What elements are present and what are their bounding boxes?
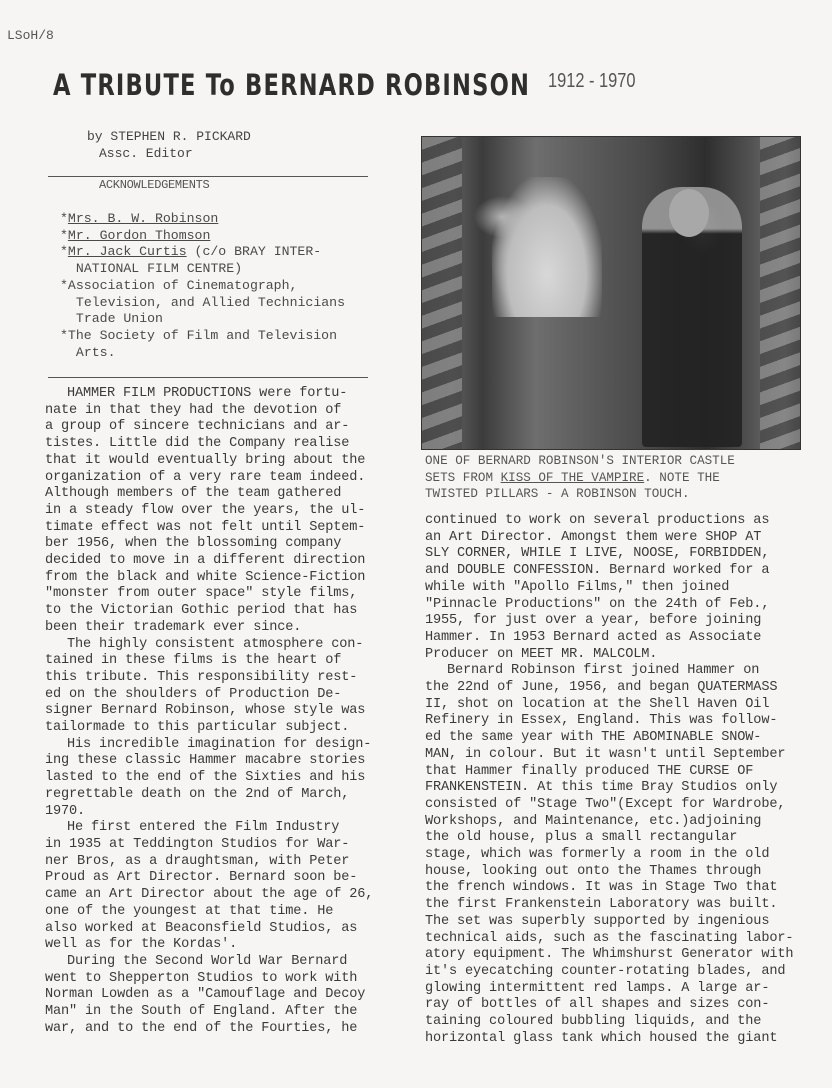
article-column-left: HAMMER FILM PRODUCTIONS were fortu-nate … <box>45 386 390 1037</box>
caption-line: TWISTED PILLARS - A ROBINSON TOUCH. <box>425 486 805 503</box>
acknowledgement-name: Mr. Gordon Thomson <box>68 228 210 243</box>
article-line: one of the youngest at that time. He <box>45 904 390 921</box>
article-line: and DOUBLE CONFESSION. Bernard worked fo… <box>425 563 805 580</box>
article-line: been their trademark ever since. <box>45 620 390 637</box>
article-line: that it would eventually bring about the <box>45 453 390 470</box>
figure-woman <box>492 177 602 317</box>
acknowledgement-name: Mr. Jack Curtis <box>68 244 187 259</box>
article-line: horizontal glass tank which housed the g… <box>425 1031 805 1048</box>
article-line: Workshops, and Maintenance, etc.)adjoini… <box>425 814 805 831</box>
article-line: from the black and white Science-Fiction <box>45 570 390 587</box>
figure-man-face <box>669 189 709 237</box>
article-line: the french windows. It was in Stage Two … <box>425 880 805 897</box>
article-line: Refinery in Essex, England. This was fol… <box>425 713 805 730</box>
article-line: that Hammer finally produced THE CURSE O… <box>425 764 805 781</box>
article-line: nate in that they had the devotion of <box>45 403 390 420</box>
article-line: this tribute. This responsibility rest- <box>45 670 390 687</box>
article-line: tailormade to this particular subject. <box>45 720 390 737</box>
byline: by STEPHEN R. PICKARD Assc. Editor <box>87 128 251 162</box>
divider-top <box>48 176 368 177</box>
article-line: continued to work on several productions… <box>425 513 805 530</box>
article-line: II, shot on location at the Shell Haven … <box>425 697 805 714</box>
article-line: SLY CORNER, WHILE I LIVE, NOOSE, FORBIDD… <box>425 546 805 563</box>
article-line: also worked at Beaconsfield Studios, as <box>45 921 390 938</box>
article-line: ed on the shoulders of Production De- <box>45 687 390 704</box>
article-line: war, and to the end of the Fourties, he <box>45 1021 390 1038</box>
caption-line: SETS FROM KISS OF THE VAMPIRE. NOTE THE <box>425 470 805 487</box>
acknowledgement-item: *Mr. Jack Curtis (c/o BRAY INTER- NATION… <box>60 244 380 277</box>
acknowledgements-list: *Mrs. B. W. Robinson*Mr. Gordon Thomson*… <box>60 211 380 361</box>
article-line: in 1935 at Teddington Studios for War- <box>45 837 390 854</box>
article-line: stage, which was formerly a room in the … <box>425 847 805 864</box>
article-line: while with "Apollo Films," then joined <box>425 580 805 597</box>
article-line: ber 1956, when the blossoming company <box>45 536 390 553</box>
article-line: Man" in the South of England. After the <box>45 1004 390 1021</box>
article-line: ner Bros, as a draughtsman, with Peter <box>45 854 390 871</box>
article-line: MAN, in colour. But it wasn't until Sept… <box>425 747 805 764</box>
divider-bottom <box>48 377 368 378</box>
article-line: ray of bottles of all shapes and sizes c… <box>425 997 805 1014</box>
acknowledgements-heading: ACKNOWLEDGEMENTS <box>99 178 209 192</box>
acknowledgement-item: *Mr. Gordon Thomson <box>60 228 380 245</box>
article-line: The highly consistent atmosphere con- <box>45 637 390 654</box>
article-title: A TRIBUTE To BERNARD ROBINSON <box>53 68 530 102</box>
article-line: technical aids, such as the fascinating … <box>425 931 805 948</box>
article-line: Norman Lowden as a "Camouflage and Decoy <box>45 987 390 1004</box>
article-line: Hammer. In 1953 Bernard acted as Associa… <box>425 630 805 647</box>
film-still-photo <box>421 136 801 450</box>
page-id: LSoH/8 <box>7 28 54 43</box>
acknowledgement-item: *Association of Cinematograph, Televisio… <box>60 278 380 328</box>
article-line: a group of sincere technicians and ar- <box>45 419 390 436</box>
caption-line: ONE OF BERNARD ROBINSON'S INTERIOR CASTL… <box>425 453 805 470</box>
acknowledgement-item: *Mrs. B. W. Robinson <box>60 211 380 228</box>
acknowledgement-name: Mrs. B. W. Robinson <box>68 211 218 226</box>
article-line: glowing intermittent red lamps. A large … <box>425 981 805 998</box>
article-line: FRANKENSTEIN. At this time Bray Studios … <box>425 780 805 797</box>
author-role: Assc. Editor <box>87 145 251 162</box>
article-line: His incredible imagination for design- <box>45 737 390 754</box>
article-line: lasted to the end of the Sixties and his <box>45 770 390 787</box>
article-line: Producer on MEET MR. MALCOLM. <box>425 647 805 664</box>
life-years: 1912 - 1970 <box>548 70 636 93</box>
article-line: the first Frankenstein Laboratory was bu… <box>425 897 805 914</box>
article-line: The set was superbly supported by ingeni… <box>425 914 805 931</box>
article-line: came an Art Director about the age of 26… <box>45 887 390 904</box>
article-line: signer Bernard Robinson, whose style was <box>45 703 390 720</box>
article-line: He first entered the Film Industry <box>45 820 390 837</box>
article-line: the 22nd of June, 1956, and began QUATER… <box>425 680 805 697</box>
author: by STEPHEN R. PICKARD <box>87 128 251 145</box>
article-line: regrettable death on the 2nd of March, <box>45 787 390 804</box>
article-line: "Pinnacle Productions" on the 24th of Fe… <box>425 597 805 614</box>
article-line: HAMMER FILM PRODUCTIONS were fortu- <box>45 386 390 403</box>
article-line: taining coloured bubbling liquids, and t… <box>425 1014 805 1031</box>
article-line: well as for the Kordas'. <box>45 937 390 954</box>
article-line: "monster from outer space" style films, <box>45 586 390 603</box>
article-line: an Art Director. Amongst them were SHOP … <box>425 530 805 547</box>
article-line: Proud as Art Director. Bernard soon be- <box>45 870 390 887</box>
article-line: atory equipment. The Whimshurst Generato… <box>425 947 805 964</box>
article-line: went to Shepperton Studios to work with <box>45 971 390 988</box>
article-line: 1970. <box>45 804 390 821</box>
article-line: Bernard Robinson first joined Hammer on <box>425 663 805 680</box>
article-line: 1955, for just over a year, before joini… <box>425 613 805 630</box>
photo-caption: ONE OF BERNARD ROBINSON'S INTERIOR CASTL… <box>425 453 805 503</box>
article-line: Although members of the team gathered <box>45 486 390 503</box>
article-line: organization of a very rare team indeed. <box>45 470 390 487</box>
article-line: During the Second World War Bernard <box>45 954 390 971</box>
article-line: it's eyecatching counter-rotating blades… <box>425 964 805 981</box>
article-line: to the Victorian Gothic period that has <box>45 603 390 620</box>
article-line: consisted of "Stage Two"(Except for Ward… <box>425 797 805 814</box>
article-line: tistes. Little did the Company realise <box>45 436 390 453</box>
article-line: ed the same year with THE ABOMINABLE SNO… <box>425 730 805 747</box>
twisted-pillar-left <box>422 137 462 449</box>
article-line: timate effect was not felt until Septem- <box>45 520 390 537</box>
acknowledgement-item: *The Society of Film and Television Arts… <box>60 328 380 361</box>
article-line: in a steady flow over the years, the ul- <box>45 503 390 520</box>
article-line: decided to move in a different direction <box>45 553 390 570</box>
article-column-right: continued to work on several productions… <box>425 513 805 1048</box>
article-line: house, looking out onto the Thames throu… <box>425 864 805 881</box>
twisted-pillar-right <box>760 137 800 449</box>
article-line: ing these classic Hammer macabre stories <box>45 753 390 770</box>
film-title: KISS OF THE VAMPIRE <box>501 471 645 485</box>
article-line: tained in these films is the heart of <box>45 653 390 670</box>
article-line: the old house, plus a small rectangular <box>425 830 805 847</box>
